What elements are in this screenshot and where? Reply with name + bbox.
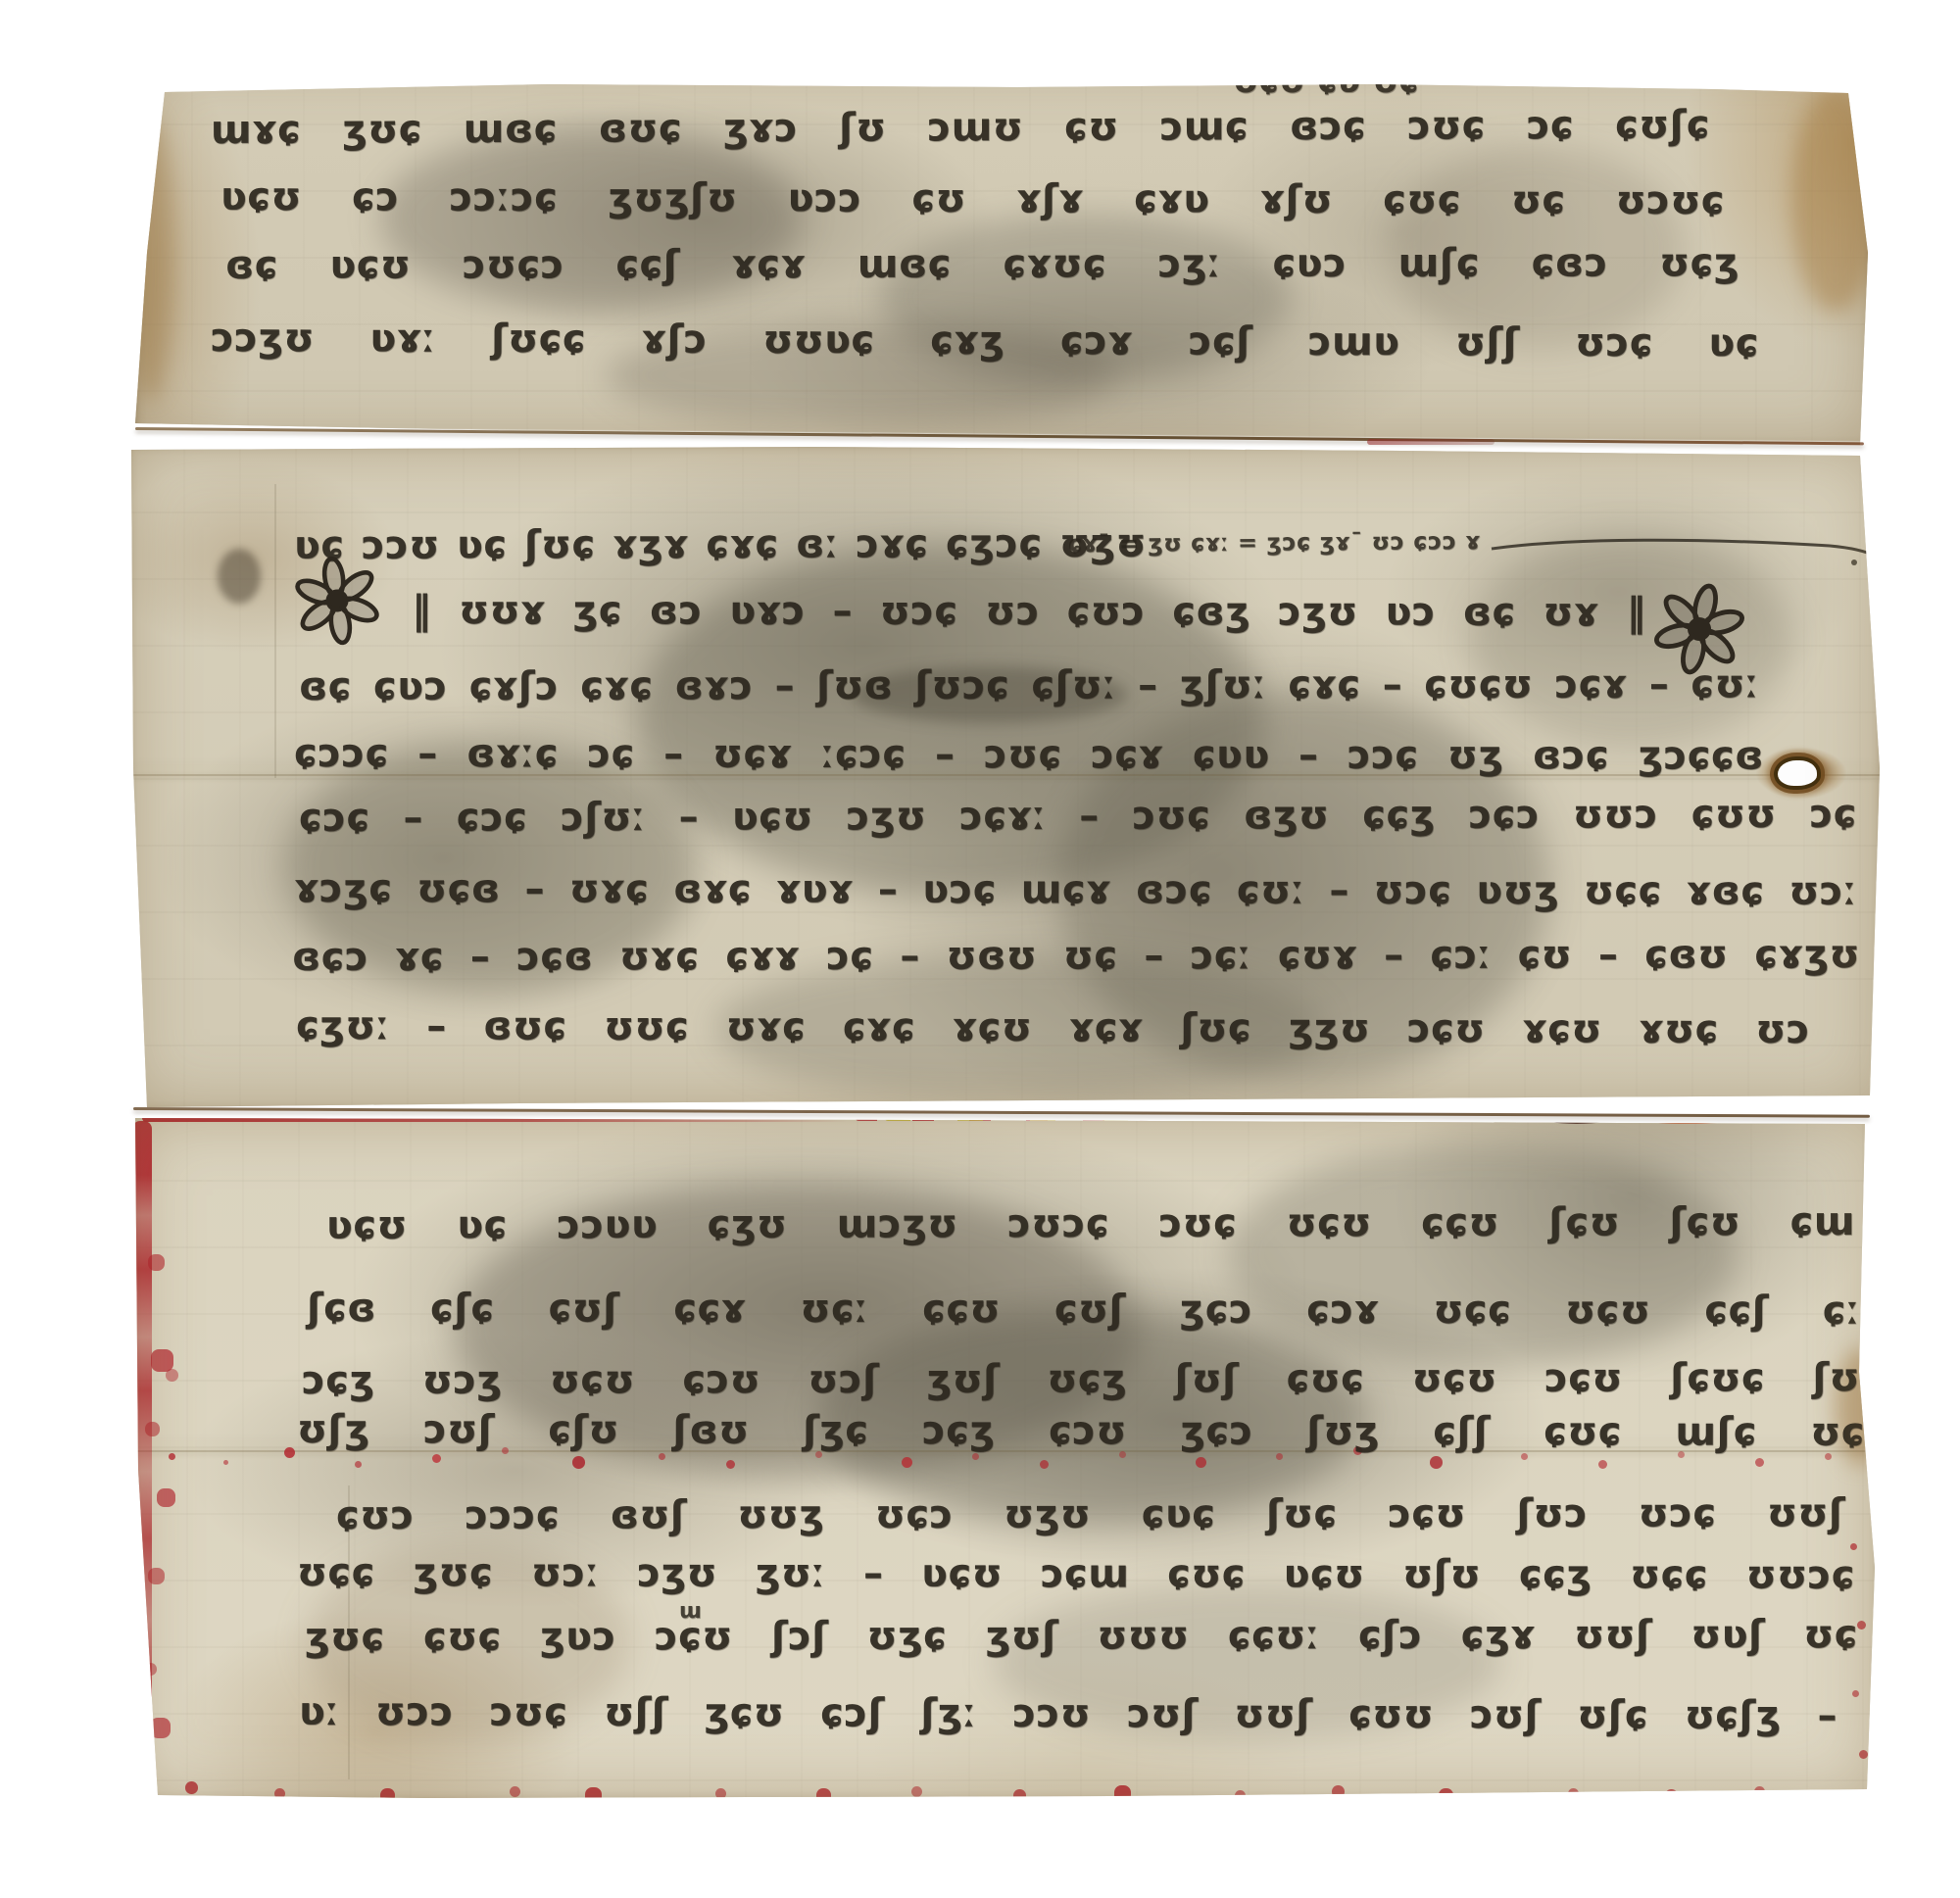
burn-hole-opening	[1778, 760, 1817, 786]
red-paint-specks	[856, 1114, 1267, 1121]
script-line: ɔɔʒʊ ʋɤː ʃʊɕɕ ɤʃɔ ʊʊʋɕ ɕɤʒ ɕɔɤ ɔɕʃ ɔɯʋ ʊ…	[211, 316, 1759, 366]
smoke-stain	[1228, 1143, 1738, 1368]
script-line: ‖ ʊʊɤ ʒɕ ɞɔ ʋɤɔ – ʊɔɕ ʊɔ ɕʊɔ ɕɞʒ ɔʒʊ ʋɔ …	[412, 588, 1646, 635]
red-paint-specks	[130, 1113, 135, 1118]
red-paint-specks	[130, 1113, 135, 1118]
script-line: ɞɕ ʋɕʊ ɔʊɕɔ ɕɕʃ ɤɕɤ ɯɞɕ ɕɤʊɕ ɔʒː ɕʋɔ ɯʃɕ…	[225, 240, 1739, 288]
script-line: ʋː ʊɔɔ ɔʊɕ ʊʃʃ ʒɕʊ ɕɔʃ ʃʒː ɔɔʊ ɔʊʃ ʊʊʃ ɕ…	[299, 1689, 1837, 1738]
script-line: ɕɔɔɕ – ɞɤːɕ ɔɕ – ʊɕɤ ːɕɔɕ – ɔʊɕ ɔɕɤ ɕʋʋ …	[294, 731, 1764, 779]
script-line: ʊʃʒ ɔʊʃ ɕʃʊ ʃɞʊ ʃʒɕ ɔɕʒ ɕɔʊ ʒɕɔ ʃʊʒ ɕʃʃ …	[297, 1407, 1865, 1455]
script-line: ʊɕɕ ʒʊɕ ʊɔː ɔʒʊ ʒʊː – ʋɕʊ ɔɕɯ ɕʊɕ ʋɕʊ ʊʃ…	[297, 1550, 1855, 1598]
clipped-script-fragment: ʊɕʊ ɕʋ ʊɕ	[1233, 63, 1566, 101]
flourish-line	[1490, 521, 1877, 566]
script-line: ʋɕʊ ɕɔ ɔɔːɔɕ ʒʊʒʃʊ ʋɔɔ ɕʊ ɤʃɤ ɕɤʋ ɤʃʊ ɕʊ…	[220, 174, 1725, 223]
dark-spot	[218, 549, 261, 604]
manuscript-photo: ʊɕʊ ɕʋ ʊɕ ɯɤɕ ʒʊɕ ɯɞɕ ɞʊɕ ʒɤɔ ʃʊ ɔɯʊ ɕʊ …	[0, 0, 1960, 1898]
parabaik-panel-top: ʊɕʊ ɕʋ ʊɕ ɯɤɕ ʒʊɕ ɯɞɕ ɞʊɕ ʒɤɔ ʃʊ ɔɯʊ ɕʊ …	[135, 57, 1870, 447]
brown-edge-stain	[125, 116, 174, 400]
script-line: ɕʊɔ ɔɔɔɕ ɞʊʃ ʊʊʒ ʊɕɔ ʊʒʊ ɕʋɕ ʃʊɕ ɔɕʊ ʃʊɔ…	[336, 1490, 1845, 1538]
interlinear-annotation: ɕɤˉ = ʒʊ ɕɤː = ʒɔɕ ʒɤˉ ʊɔ ɕɔɔ ɤ	[1068, 528, 1490, 559]
red-paint-edge	[132, 1121, 152, 1795]
flower-rosette-icon	[286, 550, 388, 652]
brown-edge-stain	[1791, 86, 1880, 312]
script-line: ɞɕ ɕʋɔ ɕɤʃɔ ɕɤɕ ɞɤɔ – ʃʊɞ ʃʊɔɕ ɕʃʊː – ʒʃ…	[299, 661, 1759, 709]
panel-fold-line	[133, 1107, 1870, 1118]
script-line: ɞɕɔ ɤɕ – ɔɕɞ ʊɤɕ ɕɤɤ ɔɕ – ʊɞʊ ʊɕ – ɔɕː ɕ…	[292, 932, 1860, 980]
parabaik-panel-bottom: ʋɕʊ ʋɕ ɔɔʋʋ ɕʒʊ ɯɔʒʊ ɔʊɔɕ ɔʊɕ ʊɕʊ ɕɕʊ ʃɕ…	[130, 1113, 1879, 1801]
script-line: ɕʒʊː – ɞʊɕ ʊʊɕ ʊɤɕ ɕɤɕ ɤɕʊ ɤɕɤ ʃʊɕ ʒʒʊ ɔ…	[296, 1003, 1810, 1052]
red-paint-edge	[1367, 439, 1494, 445]
fold-crease	[274, 484, 276, 778]
script-line: ʋɕ ɔɔʊ ʋɕ ʃʊɕ ɤʒɤ ɕɤɕ ɞː ɔɤɕ ɕʒɔɕ ʊʒʊ	[294, 521, 1147, 568]
red-paint-edge	[142, 1113, 848, 1122]
red-paint-specks	[130, 1113, 135, 1118]
script-line: ɤɔʒɕ ʊɕɞ – ʊɤɕ ɞɤɕ ɤʋɤ – ʋɔɕ ɯɕɤ ɞɔɕ ɕʊː…	[294, 866, 1857, 914]
script-line: ʋɕʊ ʋɕ ɔɔʋʋ ɕʒʊ ɯɔʒʊ ɔʊɔɕ ɔʊɕ ʊɕʊ ɕɕʊ ʃɕ…	[326, 1199, 1855, 1248]
script-line: ɕɔɕ – ɕɔɕ ɔʃʊː – ʋɕʊ ɔʒʊ ɔɕɤː – ɔʊɕ ɞʒʊ …	[299, 792, 1857, 841]
red-paint-specks	[130, 1113, 135, 1118]
script-line: ɔɕʒ ʊɔʒ ʊɕʊ ɕɔʊ ʊɔʃ ʒʊʃ ʊɕʒ ʃʊʃ ɕʊɕ ʊɕʊ …	[302, 1355, 1860, 1403]
script-line: ʒʊɕ ɕʊɕ ʒʋɔ ɔɕʊ ʃɔʃ ʊʒɕ ʒʊʃ ʊʊʊ ɕɕʊː ɕʃɔ…	[305, 1612, 1858, 1660]
parabaik-panel-middle: ʋɕ ɔɔʊ ʋɕ ʃʊɕ ɤʒɤ ɕɤɕ ɞː ɔɤɕ ɕʒɔɕ ʊʒʊ ɕɤ…	[127, 445, 1882, 1111]
script-line: ɯɤɕ ʒʊɕ ɯɞɕ ɞʊɕ ʒɤɔ ʃʊ ɔɯʊ ɕʊ ɔɯɕ ɞɔɕ ɔʊ…	[211, 103, 1710, 153]
script-line: ʃɕɞ ɕʃɕ ɕʊʃ ɕɕɤ ʊɕː ɕɕʊ ɕʊʃ ʒɕɔ ɕɔɤ ʊɕɕ …	[307, 1286, 1860, 1334]
